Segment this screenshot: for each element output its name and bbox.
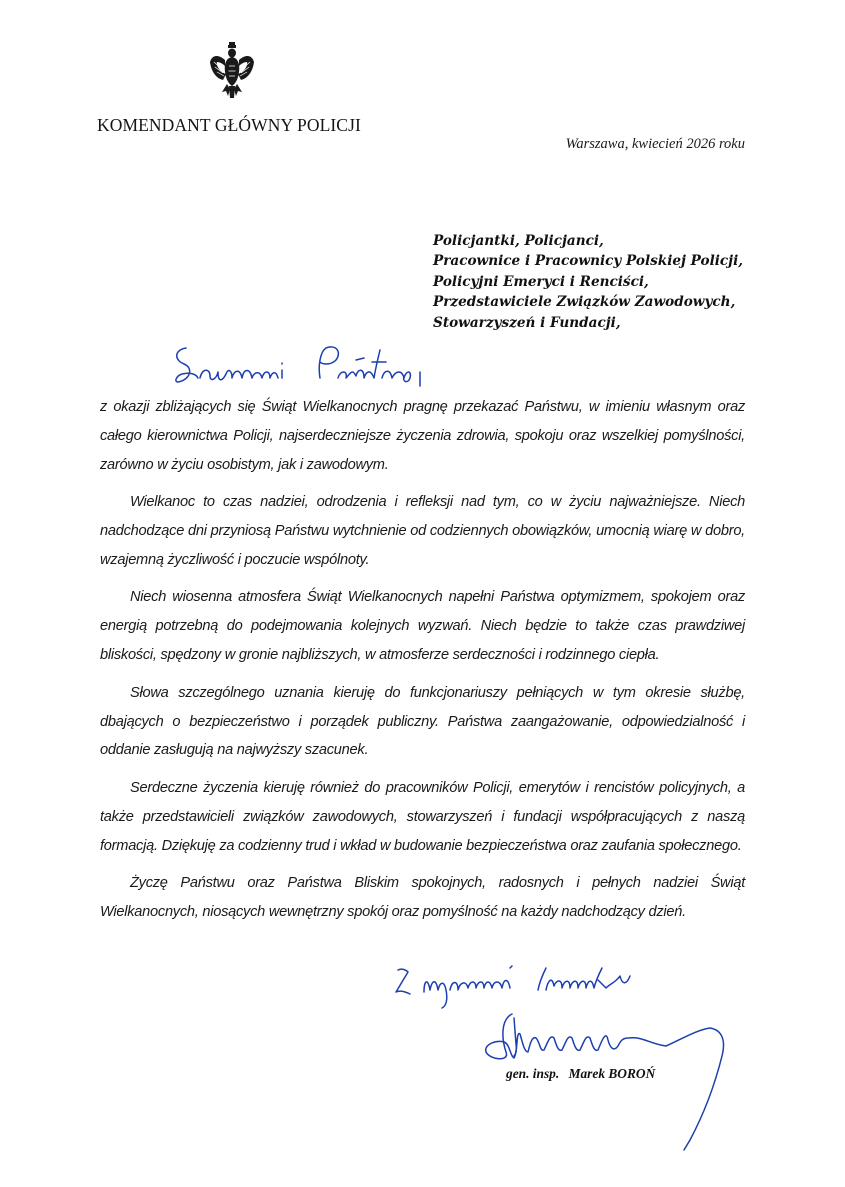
paragraph: Wielkanoc to czas nadziei, odrodzenia i … xyxy=(100,488,745,575)
signer-name: Marek BOROŃ xyxy=(569,1066,656,1081)
signer-block: gen. insp. Marek BOROŃ xyxy=(506,1066,655,1082)
addressee-line: Policjantki, Policjanci, xyxy=(433,231,743,251)
eagle-emblem-icon xyxy=(208,40,256,102)
paragraph: Serdeczne życzenia kieruję również do pr… xyxy=(100,774,745,861)
addressee-line: Policyjni Emeryci i Renciści, xyxy=(433,272,743,292)
addressee-line: Stowarzyszeń i Fundacji, xyxy=(433,313,743,333)
paragraph: Słowa szczególnego uznania kieruję do fu… xyxy=(100,679,745,766)
signer-rank: gen. insp. xyxy=(506,1066,559,1081)
paragraph: Życzę Państwu oraz Państwa Bliskim spoko… xyxy=(100,869,745,927)
handwritten-salutation xyxy=(170,338,510,398)
place-date: Warszawa, kwiecień 2026 roku xyxy=(566,136,745,153)
paragraph: z okazji zbliżających się Świąt Wielkano… xyxy=(100,393,745,480)
addressee-line: Pracownice i Pracownicy Polskiej Policji… xyxy=(433,251,743,271)
addressees-block: Policjantki, Policjanci, Pracownice i Pr… xyxy=(433,231,743,333)
addressee-line: Przedstawiciele Związków Zawodowych, xyxy=(433,292,743,312)
paragraph: Niech wiosenna atmosfera Świąt Wielkanoc… xyxy=(100,583,745,670)
organization-title: KOMENDANT GŁÓWNY POLICJI xyxy=(97,115,361,136)
letter-body: z okazji zbliżających się Świąt Wielkano… xyxy=(100,393,745,935)
